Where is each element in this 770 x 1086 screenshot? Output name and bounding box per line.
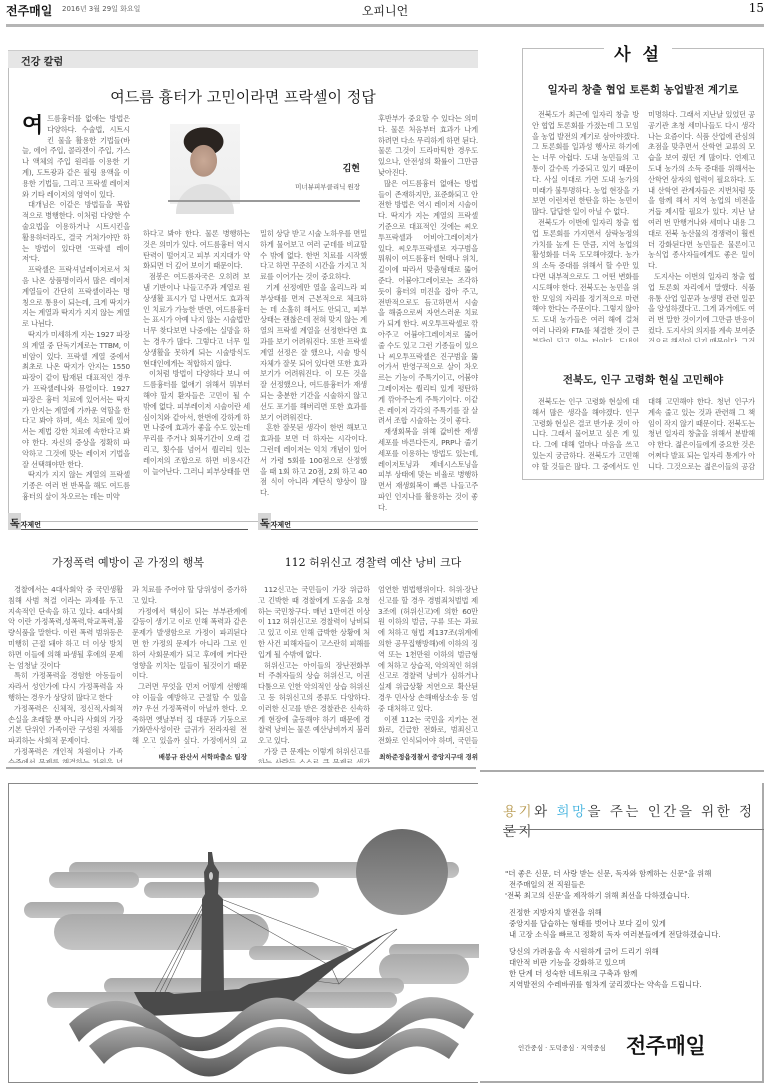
paragraph: 가장 큰 문제는 이렇게 허위신고를 하는 사람들 스스로 큰 문제로 생각하지… bbox=[258, 747, 370, 763]
paragraph: 하다고 봐야 한다. 물론 병행하는 것은 의미가 있다. 여드름흉터 역시 탄… bbox=[143, 229, 250, 272]
section-title: 오피니언 bbox=[0, 2, 770, 19]
section-divider bbox=[480, 770, 764, 772]
paragraph: 허위신고는 아이들의 장난전화부터 주취자들의 상습 허위신고, 이권 다툼으로… bbox=[258, 661, 370, 747]
health-col-4: 후반부가 중요할 수 있다는 의미다. 물론 처음부터 효과가 나게 하려면 다… bbox=[378, 114, 478, 511]
paragraph: 미명하다. 그래서 지난날 있었던 공공기관 초청 세미나들도 다시 생각나는 … bbox=[648, 110, 755, 272]
health-column-header: 건강 칼럼 bbox=[8, 50, 478, 68]
paragraph: 도지사는 이번의 일자리 창출 협업 토론회 자리에서 말했다. 식품 유통 산… bbox=[648, 272, 755, 342]
reader-right-col-2: 엄연한 범법행위이다. 허위·장난신고를 할 경우 경범죄처벌법 제3조에 (허… bbox=[378, 585, 478, 748]
reader-right-col-1: 112신고는 국민들이 가장 위급하고 긴박한 때 경찰에게 도움을 요청하는 … bbox=[258, 585, 370, 763]
masthead: 전주매일 2016년 3월 29일 화요일 오피니언 15 bbox=[0, 0, 770, 22]
pledge-line: '전북 최고의 신문'을 제작하기 위해 최선을 다하겠습니다. bbox=[505, 890, 690, 902]
health-column-label: 건강 칼럼 bbox=[21, 53, 63, 68]
reader-left-col-1: 경찰에서는 4대사회악 중 국민생활 침해 사범 척결 이라는 과제를 두고 지… bbox=[8, 585, 123, 763]
page-number: 15 bbox=[749, 1, 764, 15]
paragraph: 그러면 무엇을 먼저 어떻게 선행해야 이들을 예방하고 근절할 수 있을까? … bbox=[132, 682, 247, 748]
pledge-line: 대안적 비판 기능을 강화하고 있으며 bbox=[509, 957, 626, 969]
editorial2-col-2: 대해 고민해야 한다. 청년 인구가 계속 줄고 있는 것과 관련해 그 책임이… bbox=[648, 397, 755, 471]
paragraph: 가정에서 핵심이 되는 부부관계에 갈등이 생기고 이로 인해 폭력과 같은 문… bbox=[132, 607, 247, 683]
slogan-divider bbox=[503, 829, 764, 830]
paragraph: 경찰에서는 4대사회악 중 국민생활 침해 사범 척결 이라는 과제를 두고 지… bbox=[8, 585, 123, 671]
pledge-line: 진정한 지방자치 발전을 위해 bbox=[509, 907, 602, 919]
footer-tagline: 인간중심 · 도덕중심 · 지역중심 bbox=[518, 1043, 606, 1052]
paragraph: 흔한 잘못된 생각이 한번 해보고 효과를 보면 더 하자는 시각이다. 그런데… bbox=[260, 423, 367, 499]
reader-right-title[interactable]: 112 허위신고 경찰력 예산 낭비 크다 bbox=[258, 554, 488, 570]
paragraph: 112신고는 국민들이 가장 위급하고 긴박한 때 경찰에게 도움을 요청하는 … bbox=[258, 585, 370, 661]
editorial-top-rule bbox=[672, 48, 764, 49]
pledge-line: 지역발전의 수레바퀴를 힘차게 굴리겠다는 약속을 드립니다. bbox=[509, 979, 702, 991]
author-photo bbox=[170, 124, 240, 204]
paragraph: 전북도가 이번에 일자리 창출 협업 토론회를 가지면서 삼락농정의 가치를 높… bbox=[532, 218, 639, 342]
paragraph: 대해 고민해야 한다. 청년 인구가 계속 줄고 있는 것과 관련해 그 책임이… bbox=[648, 397, 755, 471]
editorial-label: 사 설 bbox=[604, 40, 672, 65]
pledge-line: 내 고장 소식을 빠르고 정확히 독자 여러분들에게 전달하겠습니다. bbox=[509, 929, 721, 941]
reader-header-text: 자제언 bbox=[271, 521, 291, 529]
reader-left-col-2: 과 치료를 주어야 할 당위성이 증가하고 있다. 가정에서 핵심이 되는 부부… bbox=[132, 585, 247, 748]
reader-left-title[interactable]: 가정폭력 예방이 곧 가정의 행복 bbox=[8, 554, 248, 570]
paragraph: 밀히 상담 받고 시술 노하우를 면밀하게 물어보고 여러 군데를 비교할 수 … bbox=[260, 229, 367, 283]
reader-right-signature: 최하준정읍경찰서 중앙지구대 경위 bbox=[370, 752, 478, 761]
masthead-divider bbox=[6, 24, 764, 27]
paragraph: 전북도가 최근에 일자리 창출 방안 협업 토론회를 가졌는데 그 모임을 농업… bbox=[532, 110, 639, 218]
paragraph: 대개님은 이같은 방법들을 복합적으로 병행한다. 이처럼 다양한 수술요법을 … bbox=[22, 200, 130, 265]
author-role: 미너뷰피부클리닉 원장 bbox=[250, 182, 360, 191]
paragraph: 많은 여드름흉터 없애는 방법들이 존재하지만, 표준화되고 안전한 방법은 역… bbox=[378, 179, 478, 427]
author-name: 김현 bbox=[300, 161, 360, 174]
health-col-1: 여 드름흉터를 없애는 방법은 다양하다. 수술법, 시트시킨 물을 활용한 기… bbox=[22, 114, 130, 511]
paragraph: 딱지가 미세하게 지는 1927 파장의 계열 중 단독기계로는 TTBM, 이… bbox=[22, 330, 130, 470]
slogan-text: 와 bbox=[534, 804, 556, 820]
pledge-line: "더 좋은 신문, 더 사랑 받는 신문, 독자와 함께하는 신문"을 위해 bbox=[505, 868, 711, 880]
newspaper-slogan: 용기와 희망을 주는 인간을 위한 정론지 bbox=[503, 800, 770, 840]
slogan-courage: 용기 bbox=[503, 804, 534, 820]
byline-divider bbox=[168, 200, 360, 202]
editorial-top-rule bbox=[522, 48, 604, 49]
paragraph: 프락셀은 프락셔널레이저로서 처음 나온 상품명이라서 많은 레이저 계열들이 … bbox=[22, 265, 130, 330]
paragraph: 특히 가정폭력을 경험한 아동들이 자라서 성인가에 다시 가정폭력을 자행하는… bbox=[8, 671, 123, 703]
paragraph: 과 치료를 주어야 할 당위성이 증가하고 있다. bbox=[132, 585, 247, 607]
paragraph: 가정폭력은 개인적 차원이나 가족수준에서 문제를 해결하는 차원을 넘어서 사… bbox=[8, 747, 123, 763]
drop-cap: 여 bbox=[22, 114, 43, 136]
reader-header-initial: 독 bbox=[258, 513, 271, 530]
paragraph: 이처럼 방법이 다양하다 보니 여드름흉터를 없애기 위해서 뭐부터 해야 할지… bbox=[143, 369, 250, 477]
paragraph: 딱지가 지지 않는 계열의 프락셀 기종은 여러 번 반복을 해도 여드름흉터의… bbox=[22, 470, 130, 502]
footer-logo[interactable]: 전주매일 bbox=[626, 1030, 705, 1060]
editorial2-col-1: 전북도는 인구 고령화 현실에 대해서 많은 생각을 해야겠다. 인구 고령화 … bbox=[532, 397, 639, 471]
editorial1-col-2: 미명하다. 그래서 지난날 있었던 공공기관 초청 세미나들도 다시 생각나는 … bbox=[648, 110, 755, 342]
pledge-line: 전주매일의 전 직원들은 bbox=[509, 879, 585, 891]
slogan-hope: 희망 bbox=[556, 804, 587, 820]
health-col-2: 하다고 봐야 한다. 물론 병행하는 것은 의미가 있다. 여드름흉터 역시 탄… bbox=[143, 229, 250, 511]
section-divider bbox=[6, 767, 476, 769]
pledge-line: 한 단계 더 성숙한 네트워크 구축과 함께 bbox=[509, 968, 637, 980]
editorial1-col-1: 전북도가 최근에 일자리 창출 방안 협업 토론회를 가졌는데 그 모임을 농업… bbox=[532, 110, 639, 342]
health-col-3: 밀히 상담 받고 시술 노하우를 면밀하게 물어보고 여러 군데를 비교할 수 … bbox=[260, 229, 367, 511]
pledge-line: 당신의 가려움을 속 시원하게 긁어 드리기 위해 bbox=[509, 946, 659, 958]
paragraph: 기계 선정에만 열을 올리느라 피부상태를 면저 근본적으로 체크하는 데 소홀… bbox=[260, 283, 367, 423]
health-column-title[interactable]: 여드름 흉터가 고민이라면 프락셀이 정답 bbox=[8, 86, 478, 107]
editorial-title-1[interactable]: 일자리 창출 협업 토론회 농업발전 계기로 bbox=[522, 82, 764, 97]
reader-header-text: 자제언 bbox=[21, 521, 41, 529]
pledge-line: 중앙지를 답습하는 형태를 벗어나 보다 깊이 있게 bbox=[509, 918, 666, 930]
editorial-title-2[interactable]: 전북도, 인구 고령화 현실 고민해야 bbox=[522, 372, 764, 387]
reader-opinion-header-right: 독자제언 bbox=[258, 512, 478, 530]
paragraph: 전북도는 인구 고령화 현실에 대해서 많은 생각을 해야겠다. 인구 고령화 … bbox=[532, 397, 639, 471]
paragraph: 재생회복을 위해 값비싼 재생세포를 바른다든지, PRP나 줄기세포를 이용하… bbox=[378, 427, 478, 511]
reader-header-initial: 독 bbox=[8, 513, 21, 530]
paragraph: 엄연한 범법행위이다. 허위·장난신고를 할 경우 경범죄처벌법 제3조에 (허… bbox=[378, 585, 478, 715]
reader-left-signature: 배봉규 완산서 서학파출소 팀장 bbox=[132, 752, 247, 761]
ship-and-waves-icon bbox=[9, 784, 479, 1084]
paragraph: 후반부가 중요할 수 있다는 의미다. 물론 처음부터 효과가 나게 하려면 다… bbox=[378, 114, 478, 179]
paragraph: 가정폭력은 신체적, 정신적,사회적 손실을 초래할 뿐 아니라 사회의 가장 … bbox=[8, 704, 123, 747]
ship-illustration bbox=[8, 783, 478, 1083]
paragraph: 이젠 112는 국민을 지키는 전화로, 긴급한 전화로, 범죄신고 전화로 인… bbox=[378, 715, 478, 748]
reader-opinion-header-left: 독자제언 bbox=[8, 512, 248, 530]
paragraph: 점봉은 여드름자국은 오히려 보냄 기반이나 나들고주과 계열로 원상생활 표시… bbox=[143, 272, 250, 369]
